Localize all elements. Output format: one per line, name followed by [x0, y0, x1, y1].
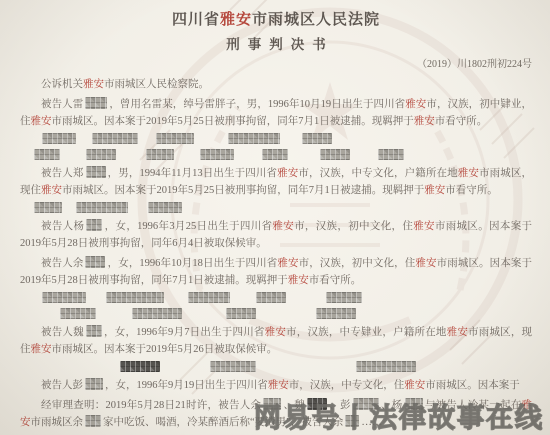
paragraph-prosecution: 公诉机关雅安市雨城区人民检察院。 — [20, 76, 532, 93]
text-run: 市雨城区。因本案于2019年5月26日被取保候审。 — [52, 344, 278, 355]
highlighted-keyword: 雅安 — [277, 168, 298, 179]
paragraph-defendant-yu: 被告人余，女，1996年10月18日出生于四川省雅安市，汉族，初中文化，住雅安市… — [20, 255, 532, 289]
censored-name-mosaic — [302, 133, 332, 144]
highlighted-keyword: 雅安 — [405, 99, 426, 110]
text-run: 市雨城区。因本案于 — [425, 380, 520, 391]
censored-name-mosaic — [228, 133, 280, 144]
text-run: 市看守所。 — [445, 185, 498, 196]
highlighted-keyword: 雅安 — [404, 380, 425, 391]
paragraph-defendant-peng: 被告人彭，女，1996年9月19日出生于四川省雅安市，汉族，中专文化，住雅安市雨… — [20, 377, 532, 394]
censored-name-mosaic — [76, 202, 128, 213]
highlighted-keyword: 雅安 — [31, 344, 52, 355]
censored-name-mosaic — [34, 149, 60, 160]
judgment-photo-page: { "colors": { "paper": "#f2efe7", "ink":… — [0, 0, 550, 435]
text-run: ，女，1996年9月7日出生于四川省 — [104, 327, 265, 338]
text-run: 市，汉族，中专肄业，户籍所在地 — [286, 327, 447, 338]
text-run: 市，汉族，初中文化，住 — [299, 258, 416, 269]
highlighted-keyword: 雅安 — [288, 275, 309, 286]
censored-name-mosaic — [34, 202, 62, 213]
text-run: 市雨城区人民检察院。 — [104, 79, 209, 90]
text-run: 市，汉族，初中文化，住 — [294, 221, 413, 232]
censored-name-mosaic — [85, 97, 107, 109]
censored-name-mosaic — [120, 361, 160, 372]
highlighted-keyword: 雅安 — [83, 79, 104, 90]
censored-name-mosaic — [132, 308, 182, 319]
censored-name-mosaic — [85, 256, 105, 268]
censored-name-mosaic — [146, 149, 174, 160]
censored-name-mosaic — [92, 133, 138, 144]
highlighted-keyword: 雅安 — [272, 221, 294, 232]
censored-name-mosaic — [60, 308, 96, 319]
text-run: ，女，1996年10月18日出生于四川省 — [107, 258, 277, 269]
censored-name-mosaic — [356, 361, 416, 372]
text-run: 被告人彭 — [41, 380, 83, 391]
redacted-line — [20, 149, 532, 161]
highlighted-keyword: 雅安 — [31, 116, 52, 127]
censored-name-mosaic — [86, 325, 102, 337]
text-run: ，女，1996年9月19日出生于四川省 — [105, 380, 268, 391]
highlighted-keyword: 雅安 — [277, 258, 298, 269]
highlighted-keyword: 雅安 — [265, 327, 286, 338]
censored-name-mosaic — [156, 133, 194, 144]
text-run: ，男，1994年11月13日出生于四川省 — [108, 168, 278, 179]
redacted-line — [20, 361, 532, 373]
text-run: 被告人郑 — [41, 168, 84, 179]
text-run: ，女，1996年3月25日出生于四川省 — [104, 221, 272, 232]
text-run: 市看守所。 — [309, 275, 362, 286]
text-run: 市雨城区。因本案于2019年5月25日被刑事拘留，同年7月1日被逮捕。现羁押于 — [52, 116, 414, 127]
text-run: 被告人杨 — [41, 221, 84, 232]
censored-name-mosaic — [42, 133, 76, 144]
document-type-title: 刑事判决书 — [20, 33, 532, 53]
redacted-line — [20, 133, 532, 145]
highlighted-keyword: 雅安 — [220, 12, 252, 28]
censored-name-mosaic — [316, 308, 356, 319]
paragraph-defendant-wei: 被告人魏，女，1996年9月7日出生于四川省雅安市，汉族，中专肄业，户籍所在地雅… — [20, 324, 532, 358]
censored-name-mosaic — [85, 378, 103, 390]
text-run: 市，汉族，中专文化，户籍所在地 — [298, 168, 457, 179]
highlighted-keyword: 雅安 — [424, 185, 445, 196]
text-run: 四川省 — [172, 12, 220, 28]
text-run: 市雨城区。因本案于2019年5月25日被刑事拘留，同年7月1日被逮捕。现羁押于 — [62, 185, 424, 196]
censored-name-mosaic — [86, 219, 102, 231]
judgment-document: 四川省雅安市雨城区人民法院 刑事判决书 （2019）川1802刑初224号 公诉… — [0, 0, 550, 435]
censored-name-mosaic — [320, 149, 350, 160]
text-run: 被告人雷 — [41, 99, 83, 110]
paragraph-defendant-yang: 被告人杨，女，1996年3月25日出生于四川省雅安市，汉族，初中文化，住雅安市雨… — [20, 218, 532, 252]
text-run: 市雨城区余 — [31, 417, 84, 428]
paragraph-defendant-lei: 被告人雷，曾用名雷某，绰号雷胖子，男，1996年10月19日出生于四川省雅安市，… — [20, 96, 532, 130]
censored-name-mosaic — [200, 149, 234, 160]
censored-name-mosaic — [106, 292, 164, 303]
court-title: 四川省雅安市雨城区人民法院 — [20, 8, 532, 29]
redacted-line — [20, 308, 532, 320]
censored-name-mosaic — [226, 308, 256, 319]
censored-name-mosaic — [188, 292, 230, 303]
censored-name-mosaic — [86, 166, 106, 178]
text-run: 市看守所。 — [435, 116, 488, 127]
censored-name-mosaic — [378, 149, 404, 160]
censored-name-mosaic — [42, 292, 86, 303]
censored-name-mosaic — [148, 202, 182, 213]
text-run: 被告人余 — [41, 258, 83, 269]
netease-source-watermark: 网易号丨法律故事在线 — [254, 396, 544, 435]
highlighted-keyword: 雅安 — [447, 327, 468, 338]
censored-name-mosaic — [85, 415, 101, 427]
censored-name-mosaic — [86, 149, 116, 160]
text-run: 市雨城区人民法院 — [252, 12, 380, 28]
text-run: 公诉机关 — [41, 79, 83, 90]
text-run: 市，汉族，中专文化，住 — [289, 380, 405, 391]
paragraph-defendant-zheng: 被告人郑，男，1994年11月13日出生于四川省雅安市，汉族，中专文化，户籍所在… — [20, 165, 532, 199]
highlighted-keyword: 雅安 — [413, 221, 435, 232]
censored-name-mosaic — [326, 292, 362, 303]
document-body: 公诉机关雅安市雨城区人民检察院。被告人雷，曾用名雷某，绰号雷胖子，男，1996年… — [20, 76, 532, 431]
redacted-line — [20, 202, 532, 214]
censored-name-mosaic — [210, 361, 256, 372]
censored-name-mosaic — [262, 149, 288, 160]
highlighted-keyword: 雅安 — [268, 380, 289, 391]
redacted-line — [20, 292, 532, 304]
censored-name-mosaic — [256, 292, 286, 303]
text-run: 被告人魏 — [41, 327, 84, 338]
highlighted-keyword: 雅安 — [414, 116, 435, 127]
highlighted-keyword: 雅安 — [41, 185, 62, 196]
highlighted-keyword: 雅安 — [415, 258, 436, 269]
text-run: ，曾用名雷某，绰号雷胖子，男，1996年10月19日出生于四川省 — [109, 99, 405, 110]
case-number: （2019）川1802刑初224号 — [20, 55, 532, 70]
text-run: 经审理查明：2019年5月28日21时许，被告人余 — [41, 400, 261, 411]
highlighted-keyword: 雅安 — [458, 168, 479, 179]
